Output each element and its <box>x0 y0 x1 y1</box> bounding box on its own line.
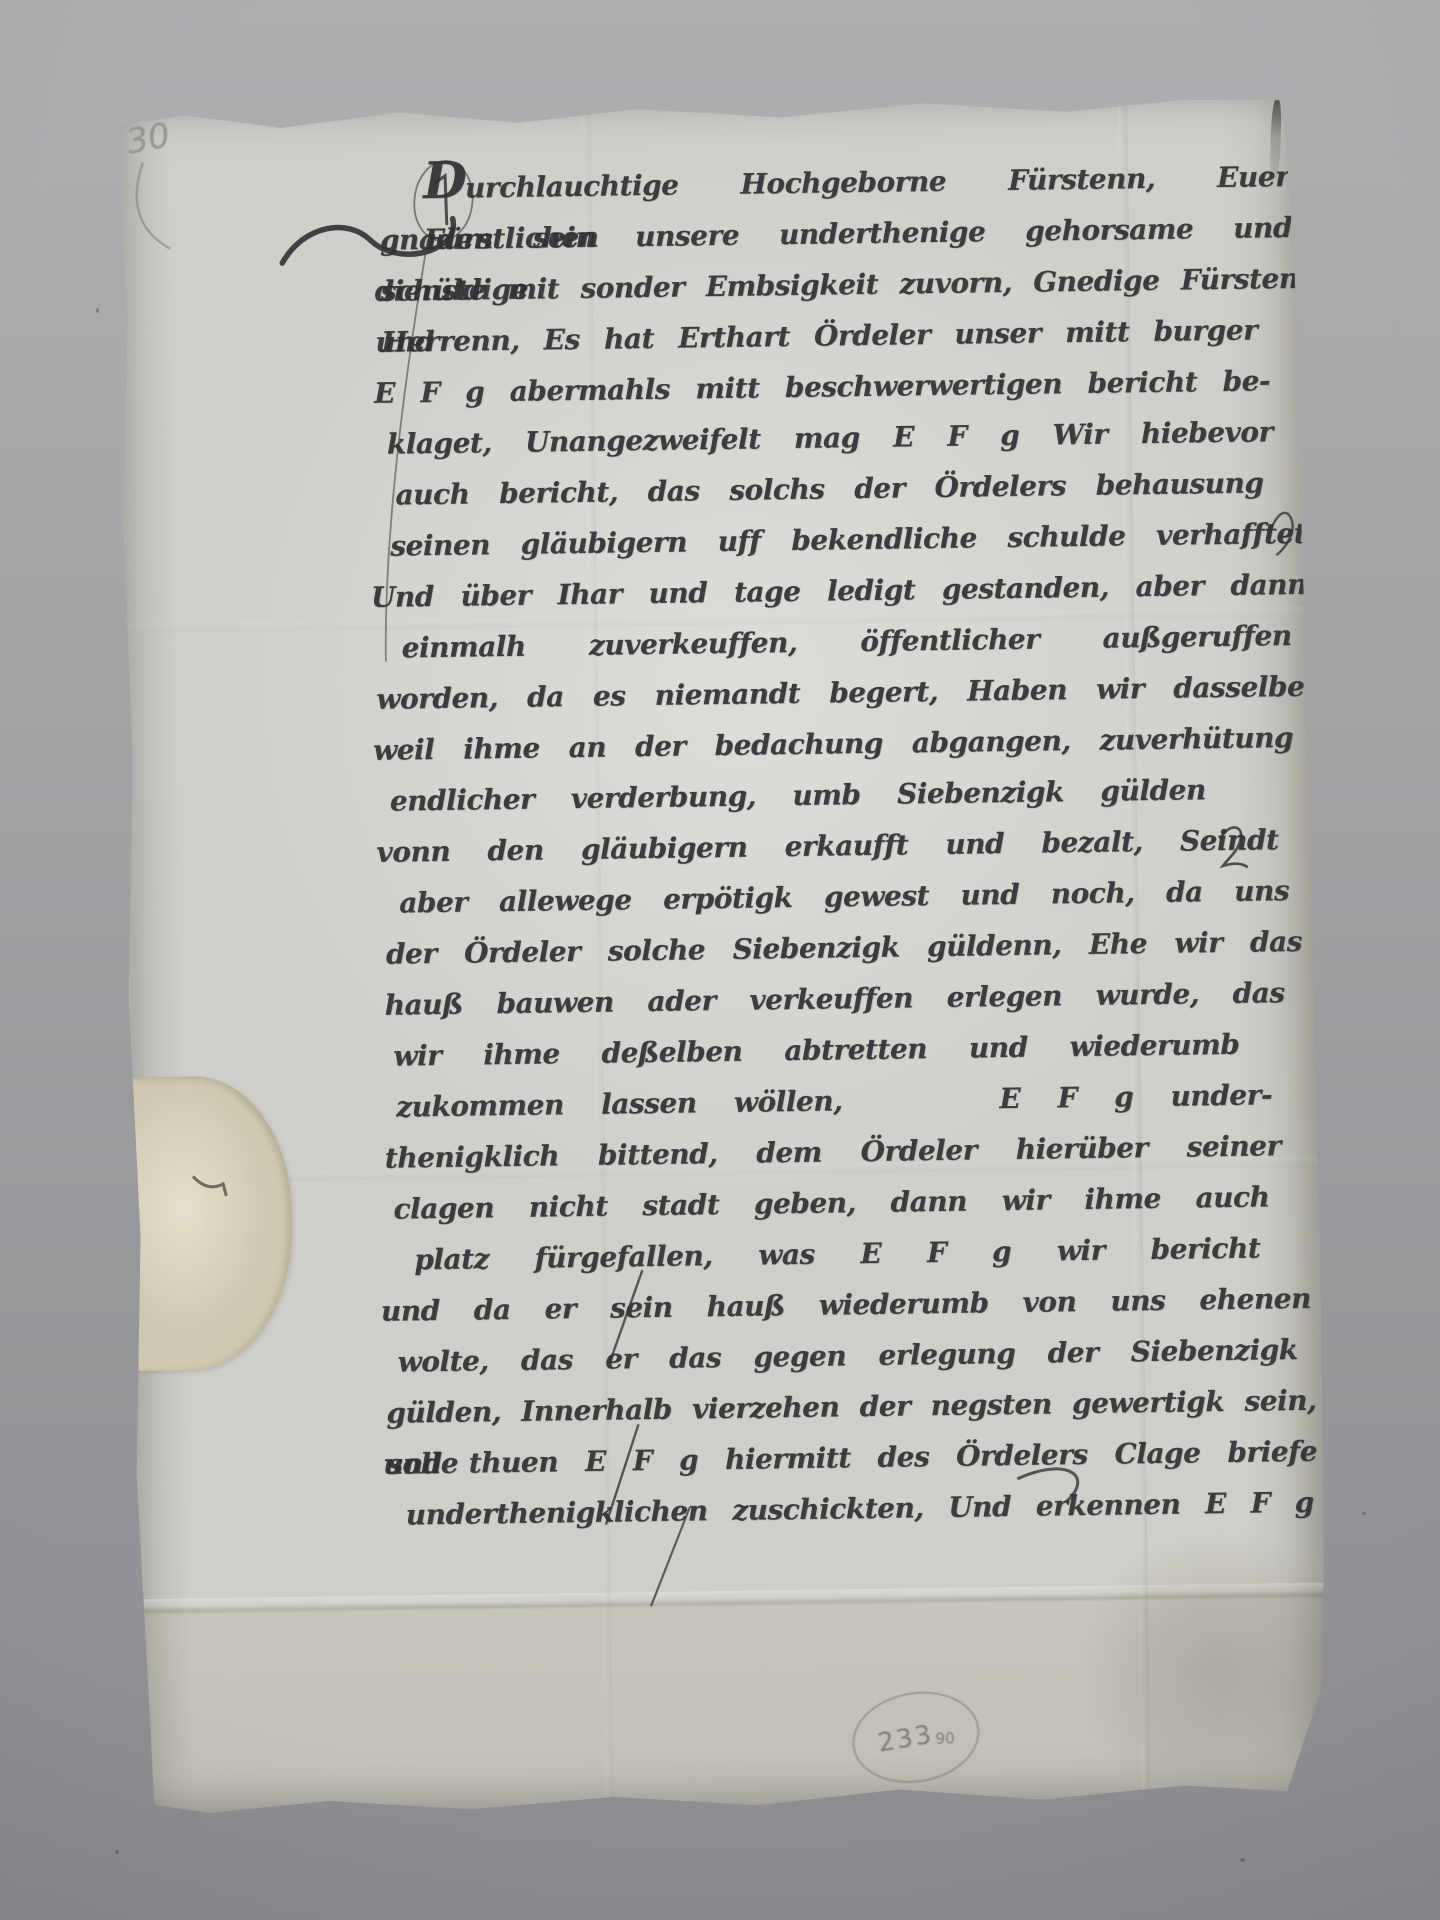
paper-stain-bottom-right <box>1039 1504 1343 1808</box>
paper-bottom-fold-shading <box>135 1595 1328 1818</box>
archive-stamp-superscript: 90 <box>936 1729 956 1748</box>
manuscript-text-block: Durchlauchtige Hochgeborne Fürstenn, Eue… <box>365 151 1332 1541</box>
archive-stamp-number: 233 <box>876 1720 936 1759</box>
paper-repair-patch <box>124 1075 294 1371</box>
archive-stamp-oval: 233 90 <box>845 1682 986 1792</box>
fold-crease-lower <box>135 1583 1325 1616</box>
dust-speck <box>1240 1858 1245 1862</box>
pencil-folio-number: 30 <box>123 115 173 162</box>
dust-speck <box>115 1850 119 1854</box>
pencil-swoosh <box>136 163 170 249</box>
manuscript-photo: 30 Durchlauchtige Ho <box>0 0 1440 1920</box>
dust-speck <box>96 308 99 313</box>
dust-speck <box>1362 1512 1366 1515</box>
manuscript-paper: 30 Durchlauchtige Ho <box>114 95 1328 1817</box>
